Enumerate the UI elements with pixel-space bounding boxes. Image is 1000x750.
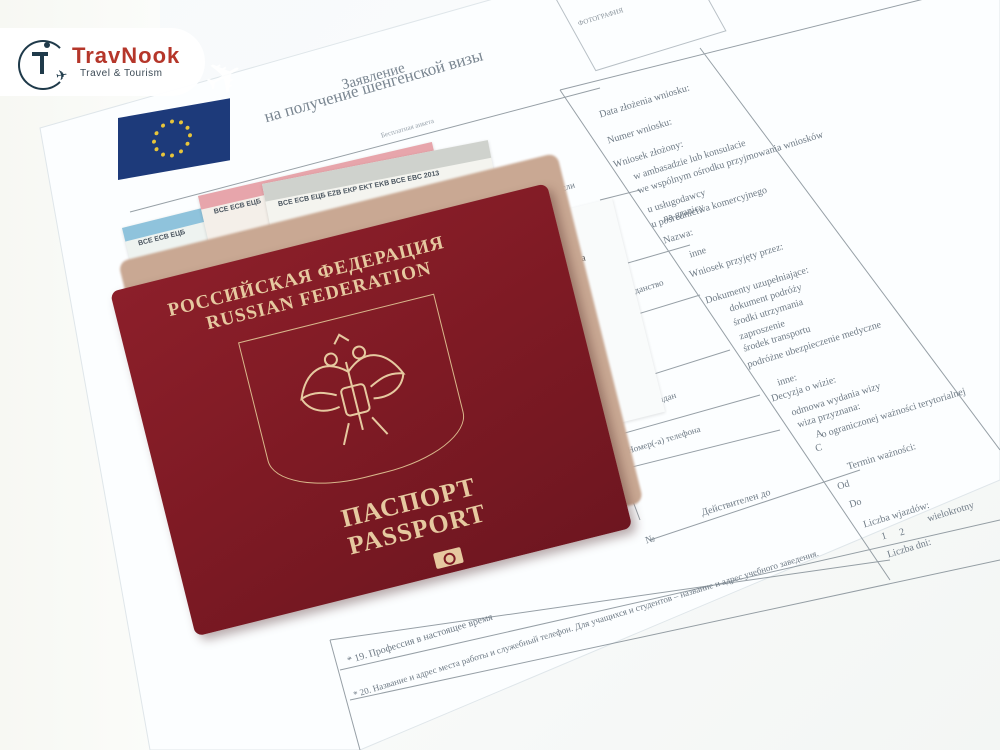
logo-mark-dot xyxy=(44,42,50,48)
banknote-code: BCE ECB EЦБ xyxy=(138,229,187,247)
photo-scene: ФОТОГРАФИЯ Заявление на получение шенген… xyxy=(0,0,1000,750)
biometric-chip-icon xyxy=(433,547,464,569)
brand-name: TravNook xyxy=(72,43,180,69)
logo-mark-stem xyxy=(40,52,44,74)
brand-tagline: Travel & Tourism xyxy=(80,68,162,79)
banknote-code: BCE ECB EЦБ xyxy=(213,198,262,216)
